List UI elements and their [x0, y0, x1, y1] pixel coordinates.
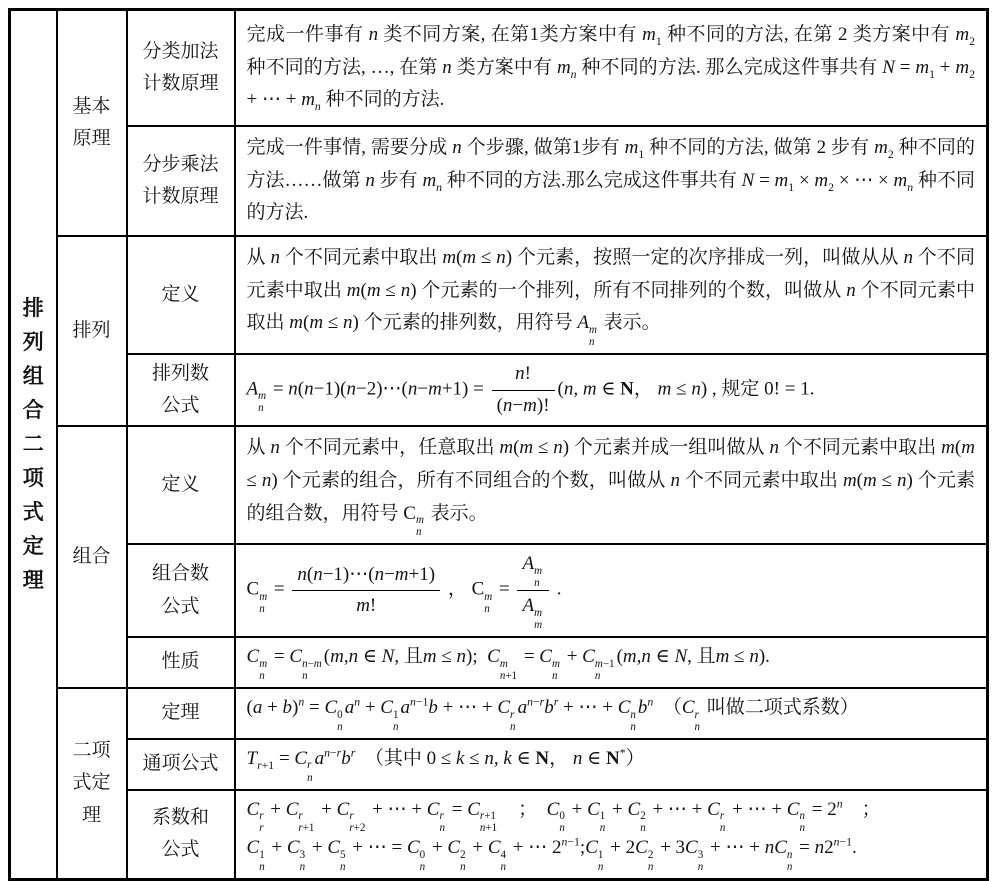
math-reference-table: 排列组合二项式定理 基本 原理 分类加法 计数原理 完成一件事有 n 类不同方案… — [8, 8, 989, 881]
content-combination-definition: 从 n 个不同元素中，任意取出 m(m ≤ n) 个元素并成一组叫做从 n 个不… — [235, 426, 988, 544]
table-row: 组合 定义 从 n 个不同元素中，任意取出 m(m ≤ n) 个元素并成一组叫做… — [10, 426, 988, 544]
group-basic-principles: 基本 原理 — [57, 10, 127, 237]
table-row: 二项 式定 理 定理 (a + b)n = C0nan + C1nan−1b +… — [10, 688, 988, 739]
label-permutation-formula: 排列数 公式 — [127, 354, 235, 426]
content-permutation-definition: 从 n 个不同元素中取出 m(m ≤ n) 个元素，按照一定的次序排成一列，叫做… — [235, 236, 988, 354]
content-classification-addition-principle: 完成一件事有 n 类不同方案, 在第1类方案中有 m1 种不同的方法, 在第 2… — [235, 10, 988, 127]
label-combination-properties: 性质 — [127, 637, 235, 688]
label-classification-addition-principle: 分类加法 计数原理 — [127, 10, 235, 127]
table-row: 系数和 公式 Crr + Crr+1 + Crr+2 + ⋯ + Crn = C… — [10, 790, 988, 880]
content-step-multiplication-principle: 完成一件事情, 需要分成 n 个步骤, 做第1步有 m1 种不同的方法, 做第 … — [235, 126, 988, 236]
content-general-term-formula: Tr+1 = Crnan−rbr （其中 0 ≤ k ≤ n, k ∈ N， n… — [235, 739, 988, 790]
table-row: 排列 定义 从 n 个不同元素中取出 m(m ≤ n) 个元素，按照一定的次序排… — [10, 236, 988, 354]
table-title-cell: 排列组合二项式定理 — [10, 10, 57, 880]
table-row: 分步乘法 计数原理 完成一件事情, 需要分成 n 个步骤, 做第1步有 m1 种… — [10, 126, 988, 236]
table-row: 排列数 公式 Amn = n(n−1)(n−2)⋯(n−m+1) = n!(n−… — [10, 354, 988, 426]
label-combination-definition: 定义 — [127, 426, 235, 544]
table-row: 通项公式 Tr+1 = Crnan−rbr （其中 0 ≤ k ≤ n, k ∈… — [10, 739, 988, 790]
table-row: 性质 Cmn = Cn−mn(m,n ∈ N, 且m ≤ n); Cmn+1 =… — [10, 637, 988, 688]
table-row: 排列组合二项式定理 基本 原理 分类加法 计数原理 完成一件事有 n 类不同方案… — [10, 10, 988, 127]
group-binomial-theorem: 二项 式定 理 — [57, 688, 127, 880]
label-general-term-formula: 通项公式 — [127, 739, 235, 790]
group-combination: 组合 — [57, 426, 127, 688]
content-permutation-formula: Amn = n(n−1)(n−2)⋯(n−m+1) = n!(n−m)!(n, … — [235, 354, 988, 426]
content-combination-formula: Cmn = n(n−1)⋯(n−m+1)m! ， Cmn = AmnAmm . — [235, 544, 988, 637]
label-combination-formula: 组合数 公式 — [127, 544, 235, 637]
label-binomial-theorem: 定理 — [127, 688, 235, 739]
table-row: 组合数 公式 Cmn = n(n−1)⋯(n−m+1)m! ， Cmn = Am… — [10, 544, 988, 637]
content-coefficient-sum-formula: Crr + Crr+1 + Crr+2 + ⋯ + Crn = Cr+1n+1 … — [235, 790, 988, 880]
group-permutation: 排列 — [57, 236, 127, 426]
content-combination-properties: Cmn = Cn−mn(m,n ∈ N, 且m ≤ n); Cmn+1 = Cm… — [235, 637, 988, 688]
label-step-multiplication-principle: 分步乘法 计数原理 — [127, 126, 235, 236]
label-permutation-definition: 定义 — [127, 236, 235, 354]
page-title: 排列组合二项式定理 — [23, 292, 44, 598]
label-coefficient-sum-formula: 系数和 公式 — [127, 790, 235, 880]
content-binomial-theorem: (a + b)n = C0nan + C1nan−1b + ⋯ + Crnan−… — [235, 688, 988, 739]
